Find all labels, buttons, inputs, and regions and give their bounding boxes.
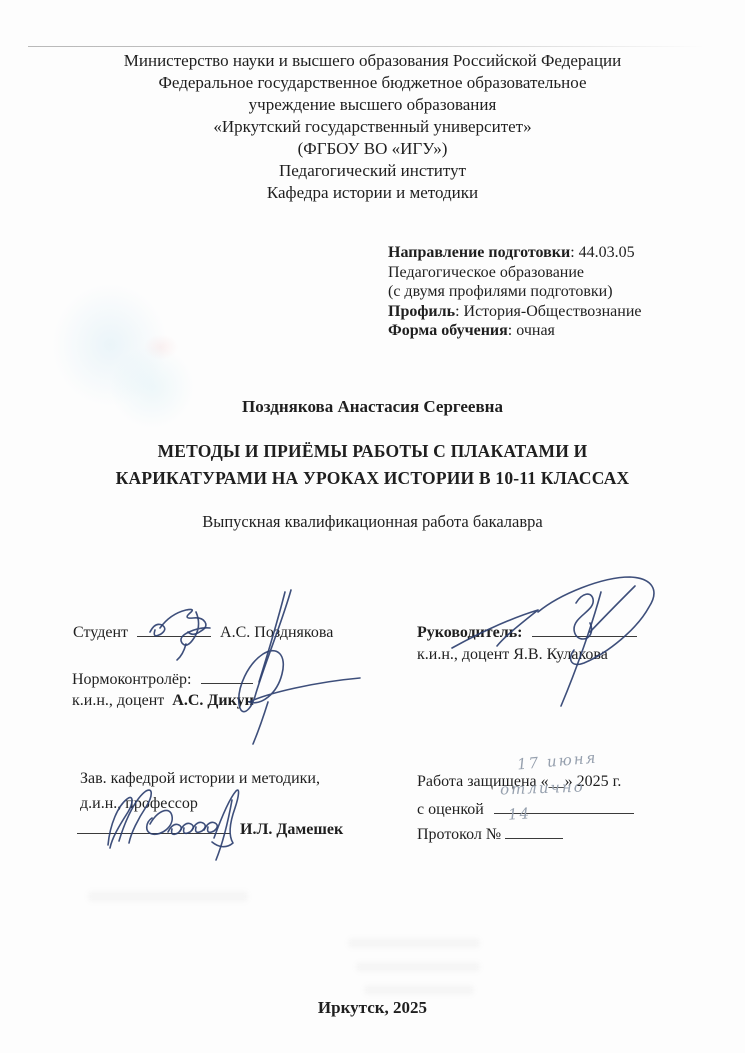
grade-label: с оценкой (417, 801, 484, 818)
dept-head-line2: д.и.н., профессор (80, 795, 198, 813)
normcontrol-signature-line (201, 668, 253, 684)
direction-line: Направление подготовки: 44.03.05 (388, 243, 708, 263)
university-header: Министерство науки и высшего образования… (0, 50, 745, 204)
normcontrol-signature (239, 590, 360, 744)
header-line: Федеральное государственное бюджетное об… (0, 72, 745, 94)
student-label: Студент (73, 624, 128, 641)
header-line: учреждение высшего образования (0, 94, 745, 116)
header-line: «Иркутский государственный университет» (0, 116, 745, 138)
dept-head-name: И.Л. Дамешек (240, 821, 343, 838)
bleedthrough-smudge (348, 938, 480, 948)
protocol-label: Протокол № (417, 826, 501, 843)
student-signature-line (137, 621, 211, 637)
normcontrol-degree: к.и.н., доцент (72, 692, 164, 709)
bleedthrough-smudge (356, 962, 480, 972)
protocol-line: 14 (505, 823, 563, 839)
bleedthrough-blob (92, 328, 212, 446)
profile-line: Профиль: История-Обществознание (388, 302, 708, 322)
program-info-block: Направление подготовки: 44.03.05 Педагог… (388, 243, 708, 341)
normcontrol-name-row: к.и.н., доцент А.С. Дикун (72, 692, 254, 710)
handwritten-grade: отлично (500, 778, 585, 799)
dept-head-line1: Зав. кафедрой истории и методики, (80, 770, 320, 788)
dept-head-signature-row: И.Л. Дамешек (77, 818, 343, 839)
handwritten-protocol-number: 14 (508, 804, 532, 824)
thesis-title-line: МЕТОДЫ И ПРИЁМЫ РАБОТЫ С ПЛАКАТАМИ И (0, 438, 745, 465)
supervisor-degree: к.и.н., доцент Я.В. Кулакова (417, 646, 608, 664)
city-year: Иркутск, 2025 (0, 998, 745, 1018)
student-name: А.С. Позднякова (220, 624, 333, 641)
header-line: Министерство науки и высшего образования… (0, 50, 745, 72)
bleedthrough-smudge (88, 891, 248, 902)
header-line: (ФГБОУ ВО «ИГУ») (0, 138, 745, 160)
scanned-title-page: Министерство науки и высшего образования… (0, 0, 745, 1053)
header-line: Кафедра истории и методики (0, 182, 745, 204)
thesis-title: МЕТОДЫ И ПРИЁМЫ РАБОТЫ С ПЛАКАТАМИ И КАР… (0, 438, 745, 492)
normcontrol-row: Нормоконтролёр: (72, 668, 253, 689)
supervisor-signature-line (532, 621, 637, 637)
supervisor-row: Руководитель: (417, 621, 637, 642)
protocol-row: Протокол № 14 (417, 823, 563, 844)
bleedthrough-blob (138, 330, 184, 364)
normcontrol-name: А.С. Дикун (172, 692, 254, 709)
program-line: Педагогическое образование (388, 263, 708, 283)
student-row: Студент А.С. Позднякова (73, 621, 333, 642)
author-name: Позднякова Анастасия Сергеевна (0, 397, 745, 417)
handwritten-defense-date: 17 июня (516, 749, 598, 774)
scan-edge-line (28, 46, 704, 47)
normcontrol-label: Нормоконтролёр: (72, 671, 191, 688)
supervisor-label: Руководитель: (417, 624, 523, 641)
header-line: Педагогический институт (0, 160, 745, 182)
dept-head-signature-line (77, 818, 230, 834)
bleedthrough-smudge (364, 985, 474, 995)
program-line: (с двумя профилями подготовки) (388, 282, 708, 302)
thesis-title-line: КАРИКАТУРАМИ НА УРОКАХ ИСТОРИИ В 10-11 К… (0, 465, 745, 492)
thesis-type: Выпускная квалификационная работа бакала… (0, 512, 745, 532)
study-form-line: Форма обучения: очная (388, 321, 708, 341)
